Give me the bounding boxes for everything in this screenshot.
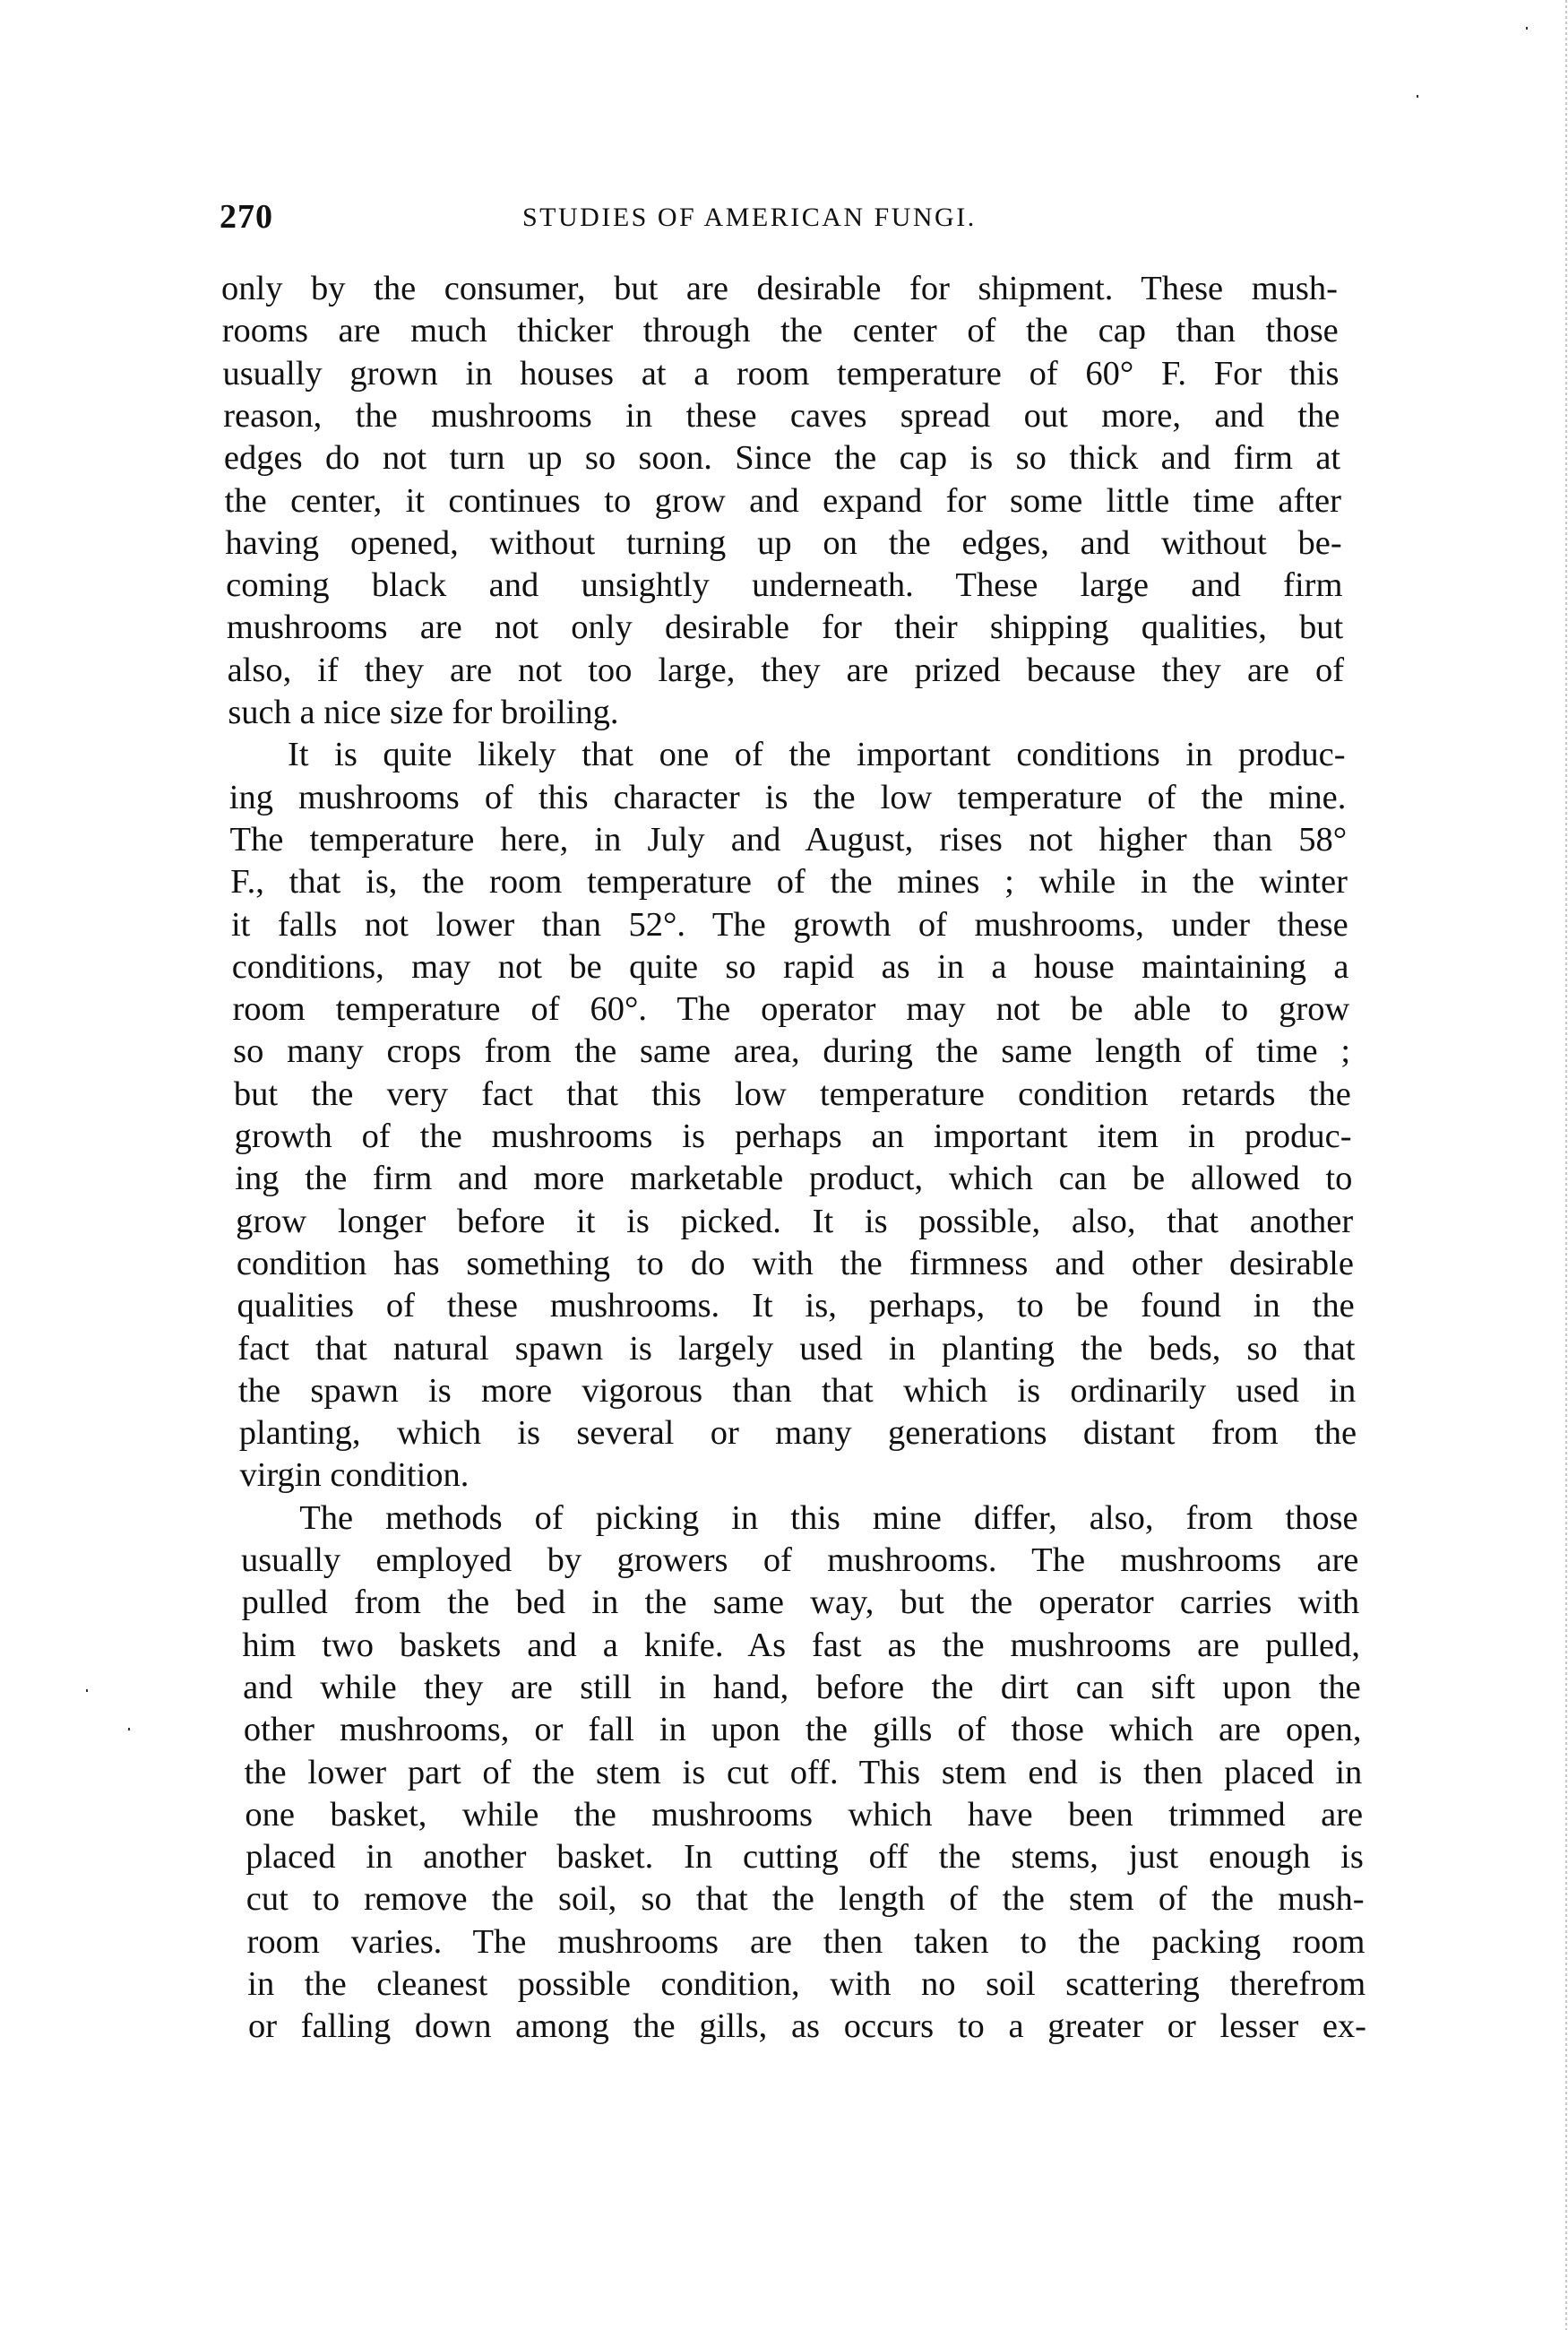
text-line: the spawn is more vigorous than that whi… — [238, 1371, 1356, 1411]
text-line: ing the firm and more marketable product… — [235, 1159, 1352, 1198]
body-text: only by the consumer, but are desirable … — [0, 0, 1568, 2330]
text-line: pulled from the bed in the same way, but… — [242, 1583, 1360, 1622]
text-line: other mushrooms, or fall in upon the gil… — [244, 1710, 1362, 1749]
text-line: also, if they are not too large, they ar… — [228, 651, 1344, 690]
text-line: growth of the mushrooms is perhaps an im… — [235, 1117, 1352, 1156]
text-line: him two baskets and a knife. As fast as … — [242, 1626, 1360, 1665]
text-line: or falling down among the gills, as occu… — [248, 2006, 1366, 2046]
text-line: the center, it continues to grow and exp… — [225, 481, 1341, 521]
text-line: virgin condition. — [239, 1455, 1357, 1495]
text-line: only by the consumer, but are desirable … — [221, 269, 1338, 308]
scan-speck — [86, 1689, 88, 1692]
text-line: coming black and unsightly underneath. T… — [226, 565, 1342, 605]
text-line: condition has something to do with the f… — [237, 1244, 1354, 1283]
text-line: It is quite likely that one of the impor… — [288, 735, 1346, 774]
text-line: usually grown in houses at a room temper… — [222, 354, 1339, 393]
text-line: reason, the mushrooms in these caves spr… — [223, 396, 1340, 436]
text-line: rooms are much thicker through the cente… — [222, 311, 1339, 350]
text-line: such a nice size for broiling. — [228, 693, 1344, 732]
scan-speck — [1417, 95, 1418, 98]
text-line: one basket, while the mushrooms which ha… — [245, 1795, 1363, 1834]
text-line: ing mushrooms of this character is the l… — [229, 778, 1347, 817]
text-line: in the cleanest possible condition, with… — [247, 1964, 1366, 2004]
text-line: cut to remove the soil, so that the leng… — [246, 1879, 1365, 1919]
text-line: it falls not lower than 52°. The growth … — [231, 905, 1348, 945]
text-line: F., that is, the room temperature of the… — [230, 862, 1348, 902]
text-line: so many crops from the same area, during… — [233, 1031, 1350, 1071]
text-line: room varies. The mushrooms are then take… — [247, 1922, 1366, 1962]
text-line: placed in another basket. In cutting off… — [246, 1837, 1364, 1877]
text-line: The temperature here, in July and August… — [230, 820, 1348, 859]
text-line: planting, which is several or many gener… — [239, 1413, 1357, 1453]
text-line: mushrooms are not only desirable for the… — [227, 608, 1343, 647]
text-line: usually employed by growers of mushrooms… — [241, 1540, 1358, 1580]
text-line: the lower part of the stem is cut off. T… — [245, 1753, 1363, 1792]
scan-speck — [128, 1728, 130, 1730]
text-line: room temperature of 60°. The operator ma… — [232, 989, 1349, 1029]
text-line: qualities of these mushrooms. It is, per… — [237, 1286, 1355, 1325]
text-line: having opened, without turning up on the… — [225, 523, 1341, 563]
text-line: but the very fact that this low temperat… — [234, 1074, 1351, 1114]
text-line: and while they are still in hand, before… — [243, 1668, 1361, 1707]
text-line: edges do not turn up so soon. Since the … — [224, 438, 1340, 478]
text-line: grow longer before it is picked. It is p… — [236, 1202, 1353, 1241]
book-page: 270 STUDIES OF AMERICAN FUNGI. only by t… — [0, 0, 1568, 2330]
text-line: fact that natural spawn is largely used … — [237, 1329, 1355, 1368]
text-line: conditions, may not be quite so rapid as… — [232, 947, 1349, 987]
scan-speck — [1526, 27, 1528, 30]
text-line: The methods of picking in this mine diff… — [299, 1498, 1357, 1538]
